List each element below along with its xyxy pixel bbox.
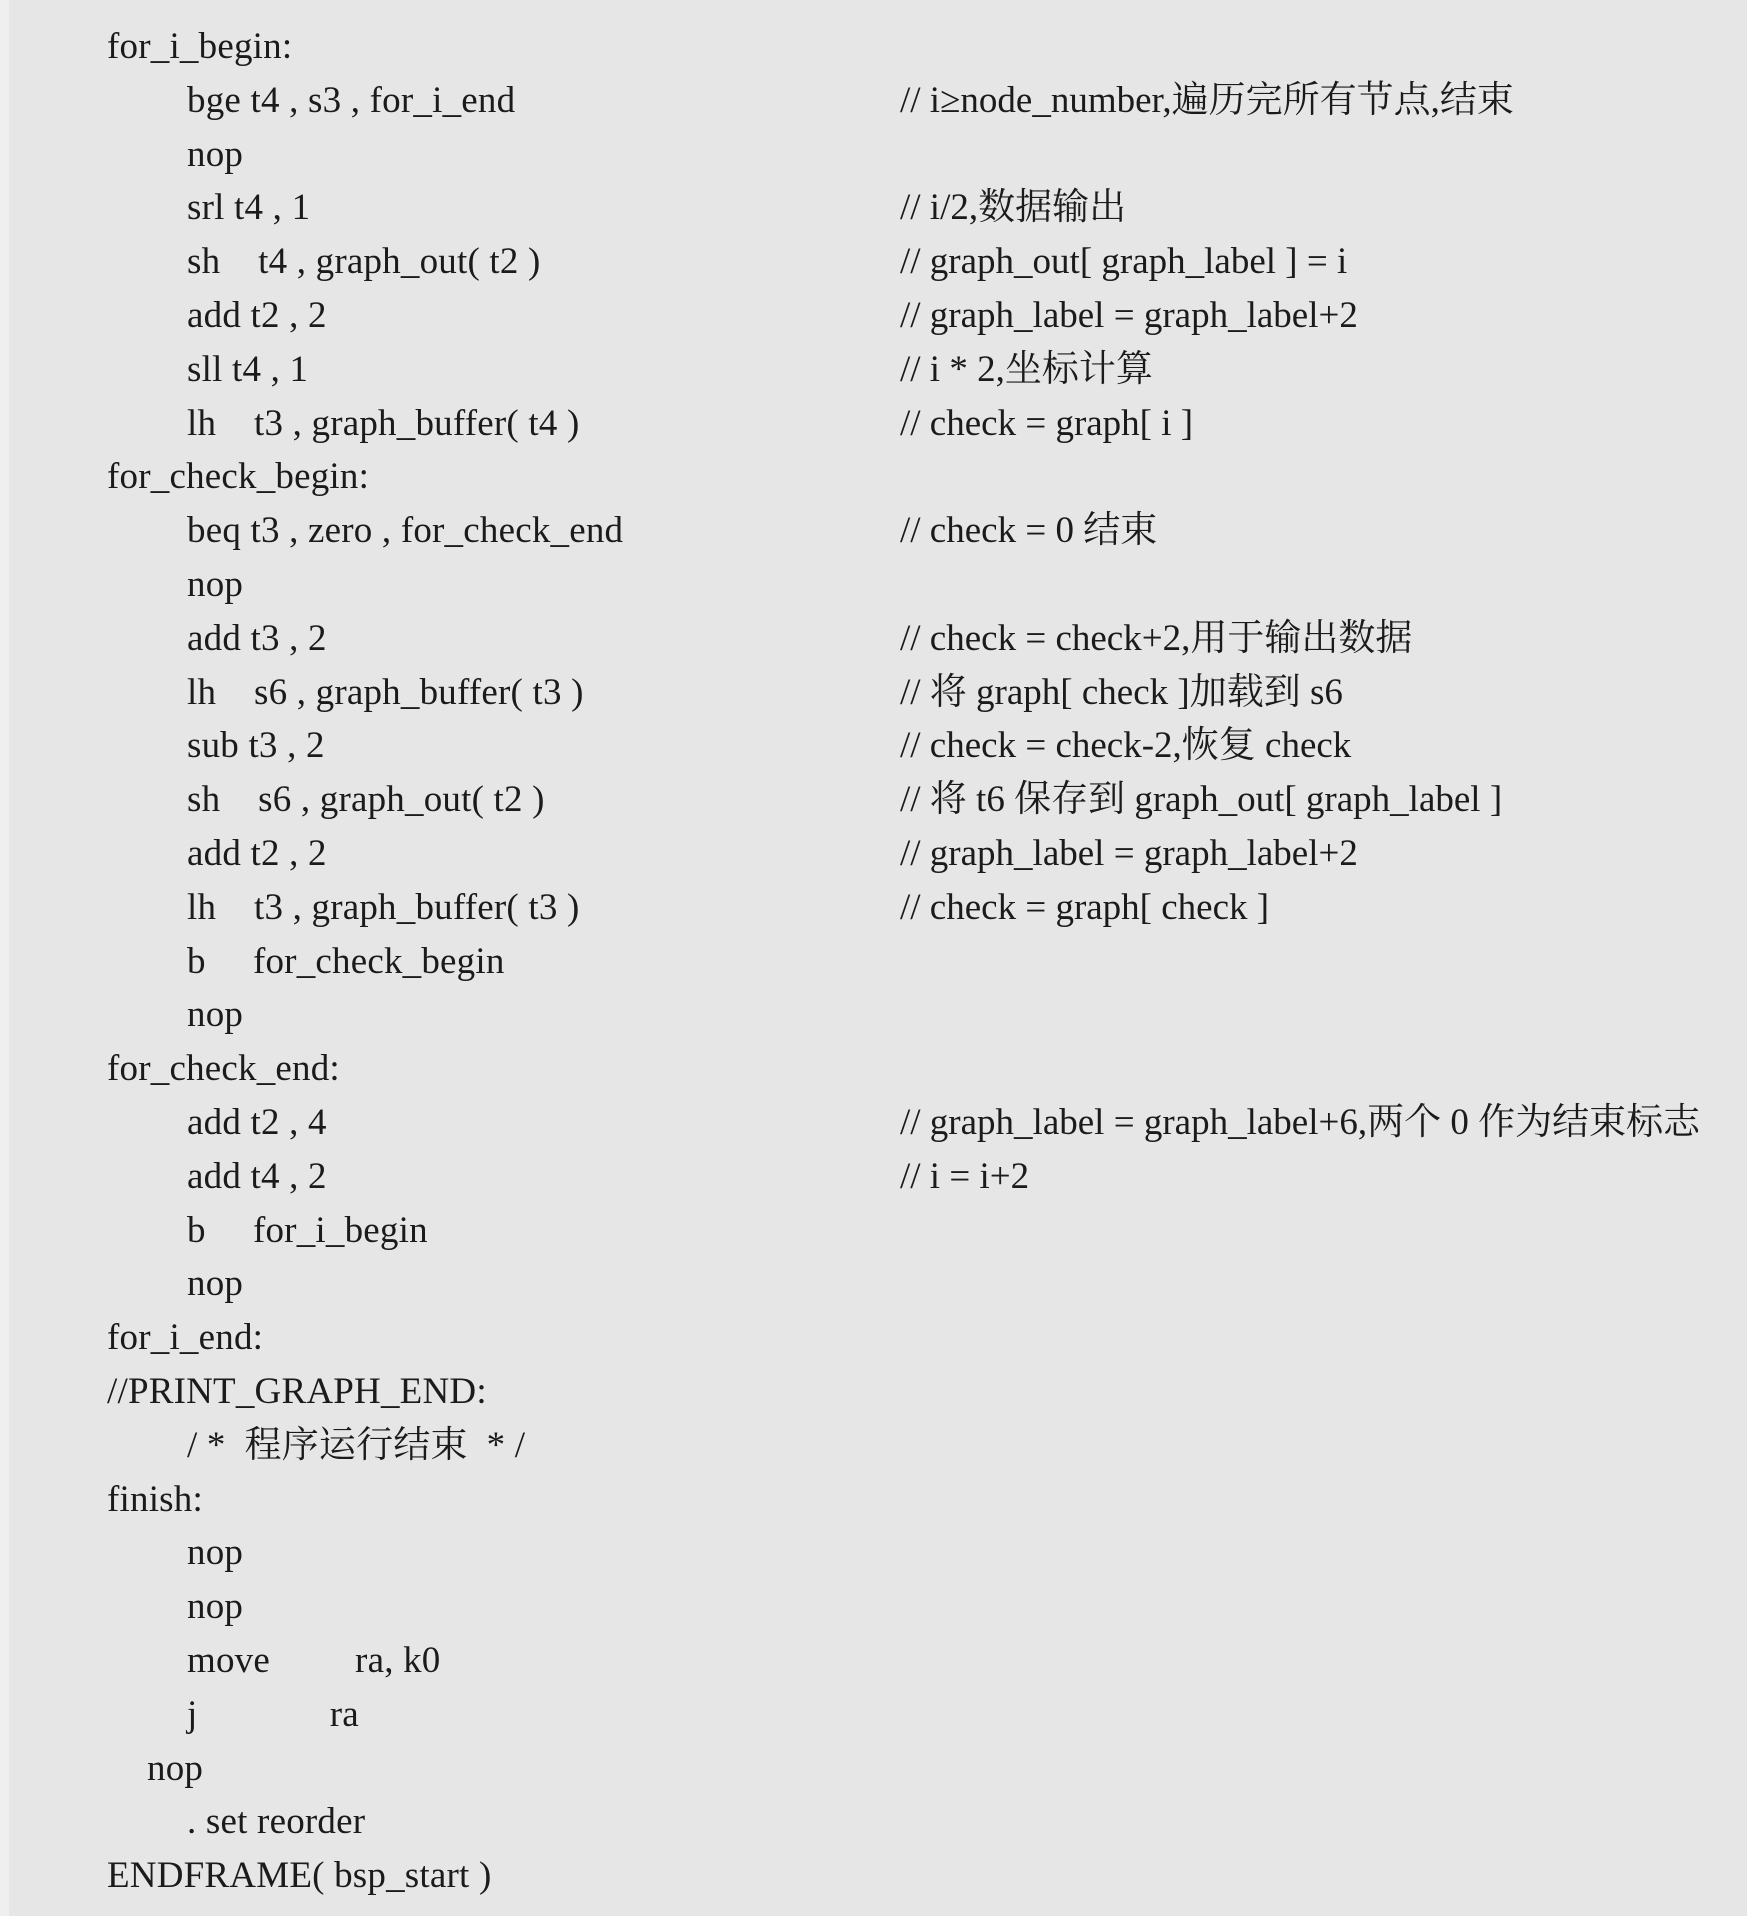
code-text: add t2 , 4 xyxy=(0,1096,327,1150)
code-line: sub t3 , 2// check = check-2,恢复 check xyxy=(0,719,1747,773)
code-line: lh t3 , graph_buffer( t4 )// check = gra… xyxy=(0,397,1747,451)
code-line: sh t4 , graph_out( t2 )// graph_out[ gra… xyxy=(0,235,1747,289)
comment-text: // check = 0 结束 xyxy=(900,504,1157,558)
code-line: beq t3 , zero , for_check_end// check = … xyxy=(0,504,1747,558)
code-line: for_check_begin: xyxy=(0,450,1747,504)
code-text: nop xyxy=(0,558,243,612)
code-text: lh t3 , graph_buffer( t4 ) xyxy=(0,397,580,451)
code-text: j ra xyxy=(0,1688,359,1742)
code-text: move ra, k0 xyxy=(0,1634,441,1688)
code-line: add t2 , 4// graph_label = graph_label+6… xyxy=(0,1096,1747,1150)
code-text: beq t3 , zero , for_check_end xyxy=(0,504,623,558)
code-text: srl t4 , 1 xyxy=(0,181,310,235)
code-line: sh s6 , graph_out( t2 )// 将 t6 保存到 graph… xyxy=(0,773,1747,827)
comment-text: // graph_label = graph_label+2 xyxy=(900,289,1358,343)
comment-text: // check = graph[ check ] xyxy=(900,881,1269,935)
code-line: j ra xyxy=(0,1688,1747,1742)
code-text: sub t3 , 2 xyxy=(0,719,325,773)
code-text: add t2 , 2 xyxy=(0,827,327,881)
code-line: nop xyxy=(0,1742,1747,1796)
code-line: nop xyxy=(0,1580,1747,1634)
code-line: lh s6 , graph_buffer( t3 )// 将 graph[ ch… xyxy=(0,666,1747,720)
comment-text: // i≥node_number,遍历完所有节点,结束 xyxy=(900,74,1514,128)
code-text: for_i_end: xyxy=(0,1311,263,1365)
comment-text: // i * 2,坐标计算 xyxy=(900,343,1153,397)
code-line: add t2 , 2// graph_label = graph_label+2 xyxy=(0,289,1747,343)
comment-text: // 将 t6 保存到 graph_out[ graph_label ] xyxy=(900,773,1502,827)
comment-text: // 将 graph[ check ]加载到 s6 xyxy=(900,666,1343,720)
code-text: add t4 , 2 xyxy=(0,1150,327,1204)
code-line: move ra, k0 xyxy=(0,1634,1747,1688)
code-text: nop xyxy=(0,1526,243,1580)
comment-text: // graph_label = graph_label+2 xyxy=(900,827,1358,881)
code-line: finish: xyxy=(0,1473,1747,1527)
code-line: / * 程序运行结束 * / xyxy=(0,1419,1747,1473)
code-line: add t3 , 2// check = check+2,用于输出数据 xyxy=(0,612,1747,666)
code-text: nop xyxy=(0,988,243,1042)
code-line: b for_i_begin xyxy=(0,1204,1747,1258)
code-text: / * 程序运行结束 * / xyxy=(0,1419,525,1473)
code-text: add t2 , 2 xyxy=(0,289,327,343)
code-text: finish: xyxy=(0,1473,203,1527)
comment-text: // graph_label = graph_label+6,两个 0 作为结束… xyxy=(900,1096,1700,1150)
comment-text: // i/2,数据输出 xyxy=(900,181,1126,235)
code-text: nop xyxy=(0,128,243,182)
code-line: bge t4 , s3 , for_i_end// i≥node_number,… xyxy=(0,74,1747,128)
code-line: for_i_begin: xyxy=(0,20,1747,74)
code-line: nop xyxy=(0,1526,1747,1580)
code-text: b for_i_begin xyxy=(0,1204,428,1258)
code-text: bge t4 , s3 , for_i_end xyxy=(0,74,515,128)
code-line: add t4 , 2// i = i+2 xyxy=(0,1150,1747,1204)
code-line: srl t4 , 1// i/2,数据输出 xyxy=(0,181,1747,235)
comment-text: // i = i+2 xyxy=(900,1150,1029,1204)
code-text: sh s6 , graph_out( t2 ) xyxy=(0,773,545,827)
code-line: sll t4 , 1// i * 2,坐标计算 xyxy=(0,343,1747,397)
code-text: lh t3 , graph_buffer( t3 ) xyxy=(0,881,580,935)
code-text: for_check_begin: xyxy=(0,450,369,504)
assembly-code-listing: for_i_begin:bge t4 , s3 , for_i_end// i≥… xyxy=(0,0,1747,1903)
code-text: ENDFRAME( bsp_start ) xyxy=(0,1849,491,1903)
comment-text: // check = graph[ i ] xyxy=(900,397,1193,451)
code-text: lh s6 , graph_buffer( t3 ) xyxy=(0,666,584,720)
comment-text: // graph_out[ graph_label ] = i xyxy=(900,235,1347,289)
code-text: nop xyxy=(0,1257,243,1311)
code-line: //PRINT_GRAPH_END: xyxy=(0,1365,1747,1419)
code-text: nop xyxy=(0,1742,203,1796)
code-text: sll t4 , 1 xyxy=(0,343,308,397)
comment-text: // check = check-2,恢复 check xyxy=(900,719,1351,773)
code-line: . set reorder xyxy=(0,1795,1747,1849)
code-text: nop xyxy=(0,1580,243,1634)
code-text: for_i_begin: xyxy=(0,20,292,74)
code-line: nop xyxy=(0,128,1747,182)
code-text: add t3 , 2 xyxy=(0,612,327,666)
code-line: add t2 , 2// graph_label = graph_label+2 xyxy=(0,827,1747,881)
code-line: nop xyxy=(0,558,1747,612)
code-text: //PRINT_GRAPH_END: xyxy=(0,1365,487,1419)
code-text: b for_check_begin xyxy=(0,935,505,989)
code-text: . set reorder xyxy=(0,1795,365,1849)
code-line: nop xyxy=(0,1257,1747,1311)
code-line: b for_check_begin xyxy=(0,935,1747,989)
code-line: for_check_end: xyxy=(0,1042,1747,1096)
code-line: for_i_end: xyxy=(0,1311,1747,1365)
code-line: nop xyxy=(0,988,1747,1042)
code-text: sh t4 , graph_out( t2 ) xyxy=(0,235,541,289)
code-line: ENDFRAME( bsp_start ) xyxy=(0,1849,1747,1903)
code-text: for_check_end: xyxy=(0,1042,340,1096)
comment-text: // check = check+2,用于输出数据 xyxy=(900,612,1412,666)
code-line: lh t3 , graph_buffer( t3 )// check = gra… xyxy=(0,881,1747,935)
